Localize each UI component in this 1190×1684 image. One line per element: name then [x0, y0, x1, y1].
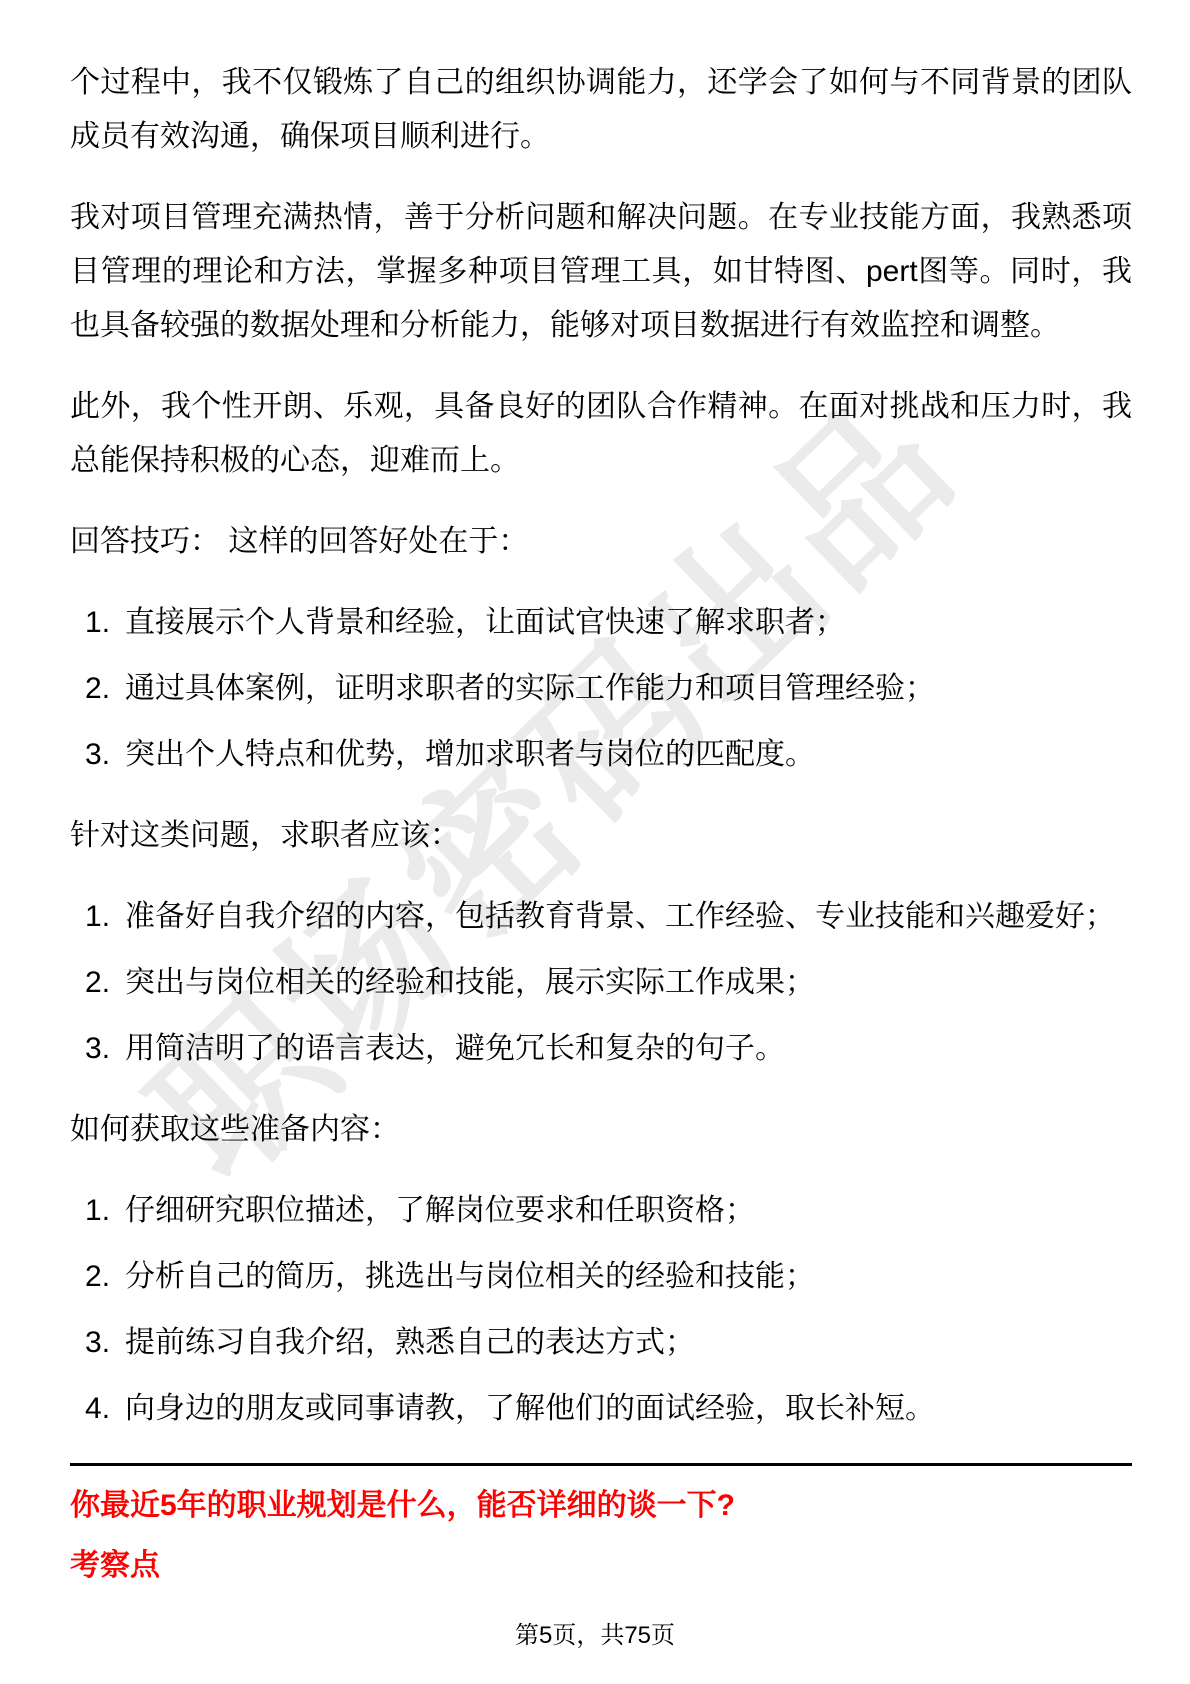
next-question-title: 你最近5年的职业规划是什么，能否详细的谈一下?: [70, 1479, 1132, 1533]
advice-intro: 针对这类问题，求职者应该：: [70, 809, 1132, 863]
list-item: 仔细研究职位描述，了解岗位要求和任职资格；: [125, 1184, 1132, 1238]
paragraph-personality: 此外，我个性开朗、乐观，具备良好的团队合作精神。在面对挑战和压力时，我总能保持积…: [70, 380, 1132, 488]
advice-list: 准备好自我介绍的内容，包括教育背景、工作经验、专业技能和兴趣爱好； 突出与岗位相…: [70, 890, 1132, 1076]
section-divider: [70, 1463, 1132, 1466]
list-item: 突出与岗位相关的经验和技能，展示实际工作成果；: [125, 956, 1132, 1010]
answer-tips-list: 直接展示个人背景和经验，让面试官快速了解求职者； 通过具体案例，证明求职者的实际…: [70, 596, 1132, 782]
exam-points-label: 考察点: [70, 1539, 1132, 1593]
paragraph-self-intro-continued: 个过程中，我不仅锻炼了自己的组织协调能力，还学会了如何与不同背景的团队成员有效沟…: [70, 56, 1132, 164]
paragraph-skills: 我对项目管理充满热情，善于分析问题和解决问题。在专业技能方面，我熟悉项目管理的理…: [70, 191, 1132, 353]
list-item: 用简洁明了的语言表达，避免冗长和复杂的句子。: [125, 1022, 1132, 1076]
prepare-intro: 如何获取这些准备内容：: [70, 1103, 1132, 1157]
list-item: 提前练习自我介绍，熟悉自己的表达方式；: [125, 1316, 1132, 1370]
page-content: 个过程中，我不仅锻炼了自己的组织协调能力，还学会了如何与不同背景的团队成员有效沟…: [70, 56, 1132, 1593]
list-item: 向身边的朋友或同事请教，了解他们的面试经验，取长补短。: [125, 1382, 1132, 1436]
prepare-list: 仔细研究职位描述，了解岗位要求和任职资格； 分析自己的简历，挑选出与岗位相关的经…: [70, 1184, 1132, 1436]
answer-tips-intro: 回答技巧： 这样的回答好处在于：: [70, 515, 1132, 569]
list-item: 准备好自我介绍的内容，包括教育背景、工作经验、专业技能和兴趣爱好；: [125, 890, 1132, 944]
list-item: 直接展示个人背景和经验，让面试官快速了解求职者；: [125, 596, 1132, 650]
list-item: 突出个人特点和优势，增加求职者与岗位的匹配度。: [125, 728, 1132, 782]
document-page: 职场密码出品 个过程中，我不仅锻炼了自己的组织协调能力，还学会了如何与不同背景的…: [0, 0, 1190, 1684]
page-number-indicator: 第5页，共75页: [0, 1620, 1190, 1652]
list-item: 分析自己的简历，挑选出与岗位相关的经验和技能；: [125, 1250, 1132, 1304]
list-item: 通过具体案例，证明求职者的实际工作能力和项目管理经验；: [125, 662, 1132, 716]
